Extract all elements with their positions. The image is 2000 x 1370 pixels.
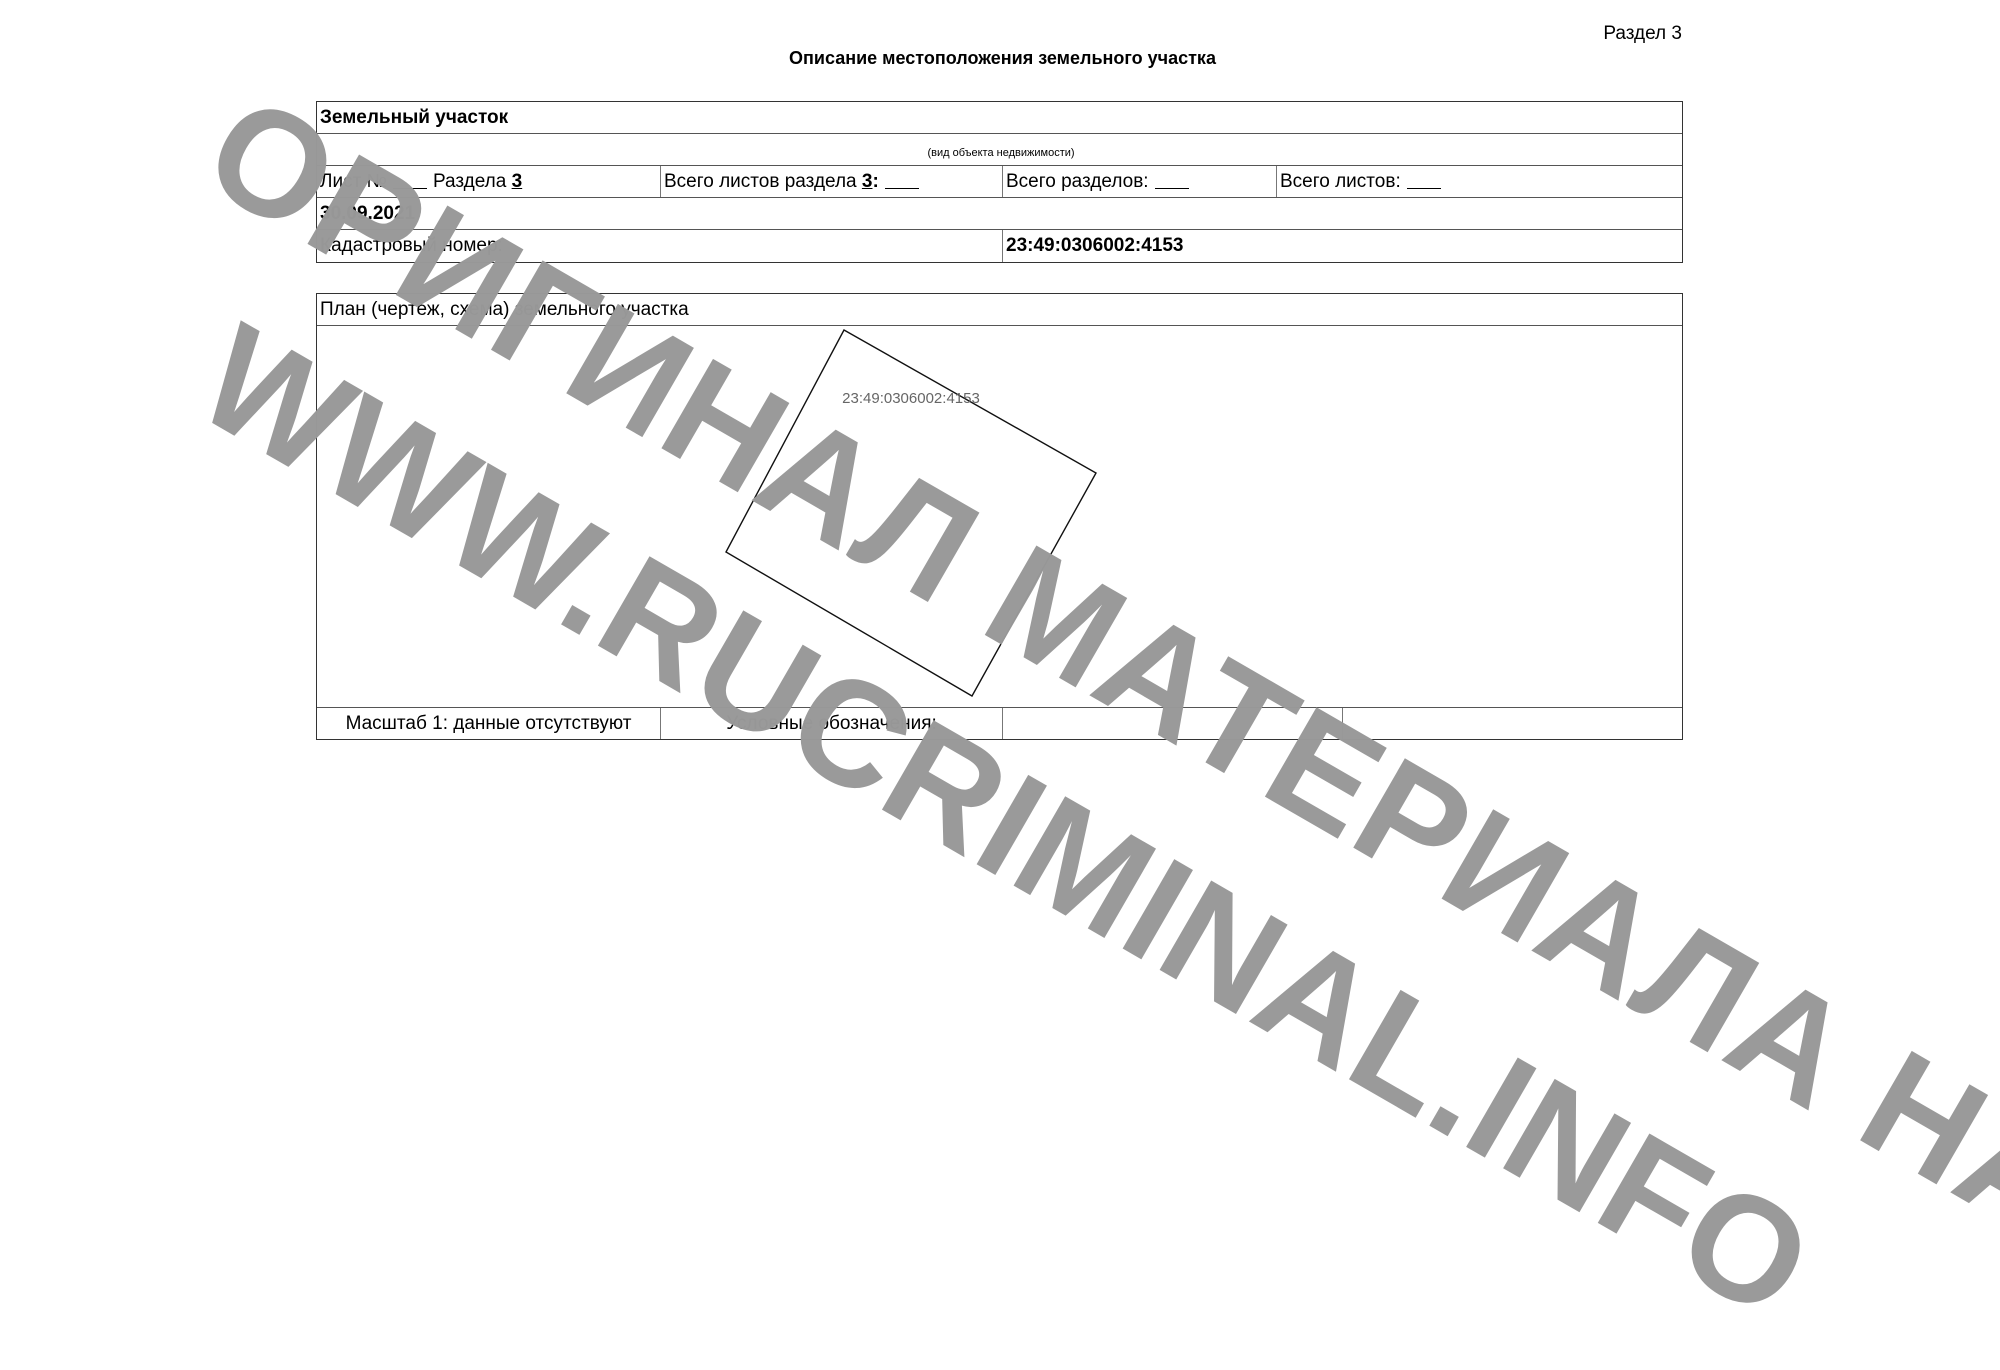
total-sheets-section-blank bbox=[885, 174, 919, 189]
total-sections-label: Всего разделов: bbox=[1006, 171, 1149, 193]
object-type-caption-row: (вид объекта недвижимости) bbox=[317, 134, 1682, 166]
total-sheets-cell: Всего листов: bbox=[1276, 166, 1682, 197]
object-type-caption: (вид объекта недвижимости) bbox=[317, 134, 1682, 165]
plan-footer-row: Масштаб 1: данные отсутствуют Условные о… bbox=[317, 708, 1682, 739]
parcel-label: 23:49:0306002:4153 bbox=[842, 390, 980, 407]
plan-table: План (чертеж, схема) земельного участка … bbox=[316, 293, 1683, 740]
parcel-drawing: 23:49:0306002:4153 bbox=[317, 326, 1681, 708]
cadastral-row: Кадастровый номер: 23:49:0306002:4153 bbox=[317, 230, 1682, 262]
section-label: Раздел 3 bbox=[1560, 23, 1682, 45]
plan-title: План (чертеж, схема) земельного участка bbox=[317, 294, 1682, 325]
cadastral-label: Кадастровый номер: bbox=[317, 230, 1002, 262]
total-sheets-section-cell: Всего листов раздела 3: bbox=[660, 166, 1002, 197]
date-row: 30.09.2021 bbox=[317, 198, 1682, 230]
total-sections-cell: Всего разделов: bbox=[1002, 166, 1276, 197]
total-sheets-section-label: Всего листов раздела bbox=[664, 171, 857, 193]
total-sheets-label: Всего листов: bbox=[1280, 171, 1401, 193]
section-number: 3 bbox=[512, 171, 523, 193]
plan-drawing-area: 23:49:0306002:4153 bbox=[317, 326, 1682, 708]
scale-text: Масштаб 1: данные отсутствуют bbox=[317, 708, 660, 739]
legend-value-2 bbox=[1342, 708, 1682, 739]
total-sheets-section-number: 3 bbox=[862, 171, 873, 193]
legend-value-1 bbox=[1002, 708, 1342, 739]
total-sheets-blank bbox=[1407, 174, 1441, 189]
document-date: 30.09.2021 bbox=[317, 198, 1682, 229]
parcel-boundary bbox=[726, 330, 1096, 696]
sheet-number-blank bbox=[393, 174, 427, 189]
document-title: Описание местоположения земельного участ… bbox=[0, 48, 2000, 69]
legend-label: Условные обозначения: bbox=[660, 708, 1002, 739]
sheet-section-label: Раздела bbox=[433, 171, 506, 193]
sheet-label: Лист № bbox=[320, 171, 387, 193]
sheet-info-row: Лист № Раздела 3 Всего листов раздела 3:… bbox=[317, 166, 1682, 198]
object-type: Земельный участок bbox=[317, 102, 1682, 133]
total-sections-blank bbox=[1155, 174, 1189, 189]
plan-title-row: План (чертеж, схема) земельного участка bbox=[317, 294, 1682, 326]
cadastral-number: 23:49:0306002:4153 bbox=[1002, 230, 1682, 262]
total-sheets-section-suffix: : bbox=[872, 171, 878, 193]
sheet-number-cell: Лист № Раздела 3 bbox=[317, 166, 660, 197]
object-info-table: Земельный участок (вид объекта недвижимо… bbox=[316, 101, 1683, 263]
object-type-row: Земельный участок bbox=[317, 102, 1682, 134]
